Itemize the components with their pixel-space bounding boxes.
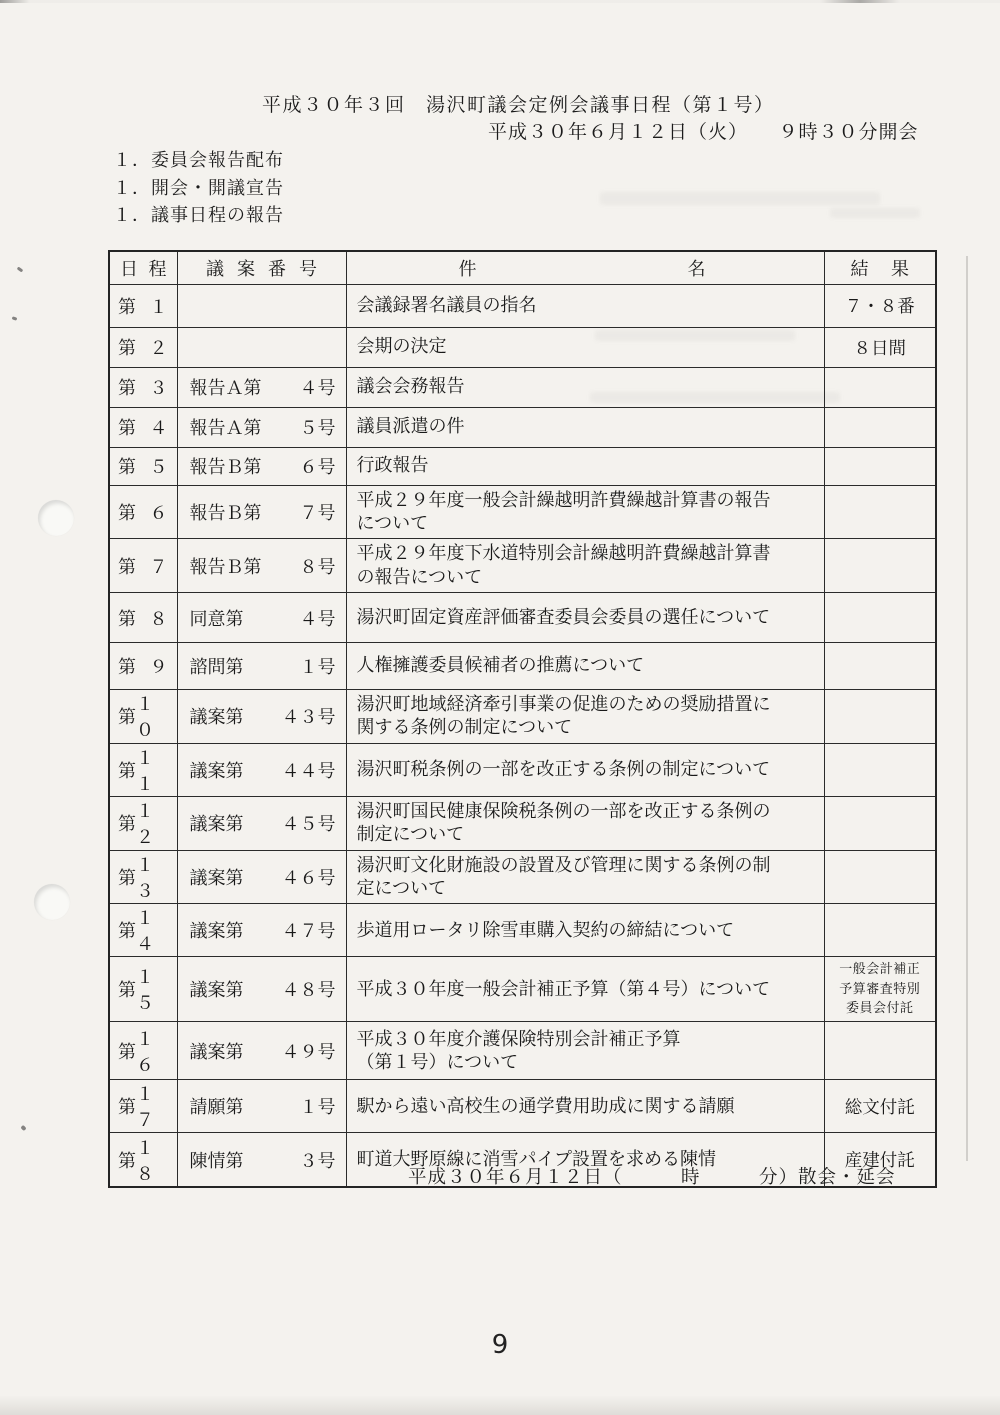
session-datetime: 平成３０年６月１２日（火） ９時３０分開会 <box>488 117 919 144</box>
subject-cell: 歩道用ロータリ除雪車購入契約の締結について <box>346 904 824 957</box>
schedule-prefix: 第 <box>118 293 136 319</box>
schedule-prefix: 第 <box>118 334 136 360</box>
schedule-header: 日程 <box>109 251 177 284</box>
bill-number: １号 <box>300 1093 336 1119</box>
scan-artifact <box>17 267 24 273</box>
punch-hole <box>34 884 70 920</box>
bill-type: 報告Ｂ第 <box>190 553 262 579</box>
schedule-cell: 第１０ <box>109 690 177 744</box>
schedule-prefix: 第 <box>118 810 136 836</box>
bill-type: 議案第 <box>190 1038 244 1064</box>
schedule-cell: 第８ <box>109 593 177 643</box>
bill-cell: 報告Ａ第５号 <box>177 407 346 447</box>
schedule-cell: 第１ <box>109 284 177 327</box>
table-row: 第３ 報告Ａ第４号 議会会務報告 <box>109 367 936 407</box>
table-header-row: 日程 議案番号 件名 結果 <box>109 251 936 284</box>
bill-type: 議案第 <box>190 757 244 783</box>
subject-cell: 会議録署名議員の指名 <box>346 284 824 327</box>
schedule-cell: 第１５ <box>109 957 177 1022</box>
result-cell <box>824 367 936 407</box>
bill-type: 報告Ｂ第 <box>190 453 262 479</box>
result-cell <box>824 904 936 957</box>
bill-number: ４３号 <box>282 703 336 729</box>
bill-cell: 議案第４８号 <box>177 957 346 1022</box>
schedule-number: ２ <box>150 334 168 360</box>
schedule-cell: 第９ <box>109 643 177 690</box>
schedule-number: ９ <box>150 653 168 679</box>
bill-number: ３号 <box>300 1147 336 1173</box>
doc-title: 平成３０年３回 湯沢町議会定例会議事日程（第１号） <box>262 90 775 117</box>
bill-cell: 議案第４９号 <box>177 1022 346 1080</box>
bill-number: ４号 <box>300 605 336 631</box>
subject-cell: 平成２９年度一般会計繰越明許費繰越計算書の報告について <box>346 485 824 539</box>
schedule-number: １６ <box>136 1025 168 1077</box>
schedule-number: ７ <box>150 553 168 579</box>
subject-cell: 人権擁護委員候補者の推薦について <box>346 643 824 690</box>
subject-header-char: 件 <box>459 255 477 281</box>
schedule-cell: 第６ <box>109 485 177 539</box>
result-cell: ７・８番 <box>824 284 936 327</box>
schedule-number: １４ <box>136 904 168 956</box>
subject-cell: 湯沢町文化財施設の設置及び管理に関する条例の制定について <box>346 850 824 904</box>
bill-type: 報告Ａ第 <box>190 414 262 440</box>
schedule-cell: 第７ <box>109 539 177 593</box>
schedule-cell: 第５ <box>109 447 177 485</box>
schedule-cell: 第１６ <box>109 1022 177 1080</box>
table-row: 第１１ 議案第４４号 湯沢町税条例の一部を改正する条例の制定について <box>109 743 936 796</box>
schedule-number: ５ <box>150 453 168 479</box>
schedule-prefix: 第 <box>118 414 136 440</box>
schedule-number: １５ <box>136 963 168 1015</box>
bill-cell: 報告Ａ第４号 <box>177 367 346 407</box>
result-header: 結果 <box>824 251 936 284</box>
subject-cell: 平成２９年度下水道特別会計繰越明許費繰越計算書の報告について <box>346 539 824 593</box>
schedule-number: １２ <box>136 797 168 849</box>
bill-type: 議案第 <box>190 917 244 943</box>
bill-cell: 報告Ｂ第８号 <box>177 539 346 593</box>
bill-type: 同意第 <box>190 605 244 631</box>
table-row: 第１０ 議案第４３号 湯沢町地域経済牽引事業の促進のための奨励措置に関する条例の… <box>109 690 936 744</box>
scanned-page: 平成３０年３回 湯沢町議会定例会議事日程（第１号） 平成３０年６月１２日（火） … <box>0 0 1000 1415</box>
schedule-prefix: 第 <box>118 864 136 890</box>
table-row: 第１３ 議案第４６号 湯沢町文化財施設の設置及び管理に関する条例の制定について <box>109 850 936 904</box>
bill-cell: 請願第１号 <box>177 1080 346 1133</box>
table-row: 第１６ 議案第４９号 平成３０年度介護保険特別会計補正予算 （第１号）について <box>109 1022 936 1080</box>
schedule-number: ４ <box>150 414 168 440</box>
table-row: 第４ 報告Ａ第５号 議員派遣の件 <box>109 407 936 447</box>
page-number: 9 <box>0 1330 1000 1360</box>
bill-cell: 議案第４５号 <box>177 796 346 850</box>
bill-type: 報告Ａ第 <box>190 374 262 400</box>
schedule-prefix: 第 <box>118 453 136 479</box>
bill-type: 議案第 <box>190 976 244 1002</box>
schedule-cell: 第１２ <box>109 796 177 850</box>
result-header-char: 果 <box>891 255 909 281</box>
schedule-number: ３ <box>150 374 168 400</box>
bill-cell: 議案第４４号 <box>177 743 346 796</box>
schedule-cell: 第１１ <box>109 743 177 796</box>
schedule-number: １３ <box>136 851 168 903</box>
bill-number: ４７号 <box>282 917 336 943</box>
result-cell: ８日間 <box>824 327 936 367</box>
bill-cell <box>177 327 346 367</box>
adjournment-note: 平成３０年６月１２日（ 時 分）散会・延会 <box>408 1163 896 1189</box>
result-cell <box>824 743 936 796</box>
subject-cell: 湯沢町国民健康保険税条例の一部を改正する条例の制定について <box>346 796 824 850</box>
bill-number: ５号 <box>300 414 336 440</box>
schedule-number: １８ <box>136 1134 168 1186</box>
bill-number: ４６号 <box>282 864 336 890</box>
schedule-header-char: 程 <box>149 255 167 281</box>
table-row: 第１５ 議案第４８号 平成３０年度一般会計補正予算（第４号）について 一般会計補… <box>109 957 936 1022</box>
bill-cell <box>177 284 346 327</box>
schedule-prefix: 第 <box>118 917 136 943</box>
schedule-header-char: 日 <box>120 255 138 281</box>
table-row: 第２ 会期の決定 ８日間 <box>109 327 936 367</box>
subject-cell: 会期の決定 <box>346 327 824 367</box>
agenda-list: １．委員会報告配布 １．開会・開議宣告 １．議事日程の報告 <box>113 147 284 230</box>
schedule-prefix: 第 <box>118 757 136 783</box>
schedule-prefix: 第 <box>118 1038 136 1064</box>
result-header-char: 結 <box>851 255 869 281</box>
subject-cell: 議員派遣の件 <box>346 407 824 447</box>
bill-type: 議案第 <box>190 810 244 836</box>
bill-cell: 諮問第１号 <box>177 643 346 690</box>
bill-number: ８号 <box>300 553 336 579</box>
bill-number-header: 議案番号 <box>177 251 346 284</box>
subject-cell: 行政報告 <box>346 447 824 485</box>
result-cell <box>824 447 936 485</box>
schedule-cell: 第１４ <box>109 904 177 957</box>
punch-hole <box>38 500 74 536</box>
result-cell: 一般会計補正 予算審査特別 委員会付託 <box>824 957 936 1022</box>
subject-header-char: 名 <box>688 255 706 281</box>
schedule-cell: 第２ <box>109 327 177 367</box>
scan-artifact <box>20 1125 26 1131</box>
scan-artifact <box>12 316 18 321</box>
result-cell <box>824 850 936 904</box>
bill-type: 諮問第 <box>190 653 244 679</box>
bill-cell: 議案第４６号 <box>177 850 346 904</box>
bill-number: ４５号 <box>282 810 336 836</box>
schedule-prefix: 第 <box>118 653 136 679</box>
bill-type: 請願第 <box>190 1093 244 1119</box>
agenda-item: １．議事日程の報告 <box>113 202 284 230</box>
bill-number: ４９号 <box>282 1038 336 1064</box>
schedule-cell: 第４ <box>109 407 177 447</box>
scan-artifact <box>600 192 880 205</box>
bill-cell: 報告Ｂ第６号 <box>177 447 346 485</box>
schedule-cell: 第１７ <box>109 1080 177 1133</box>
subject-cell: 湯沢町固定資産評価審査委員会委員の選任について <box>346 593 824 643</box>
schedule-cell: 第１８ <box>109 1133 177 1187</box>
result-cell: 総文付託 <box>824 1080 936 1133</box>
result-cell <box>824 643 936 690</box>
table-row: 第１４ 議案第４７号 歩道用ロータリ除雪車購入契約の締結について <box>109 904 936 957</box>
subject-cell: 議会会務報告 <box>346 367 824 407</box>
result-cell <box>824 1022 936 1080</box>
schedule-prefix: 第 <box>118 605 136 631</box>
table-row: 第１７ 請願第１号 駅から遠い高校生の通学費用助成に関する請願 総文付託 <box>109 1080 936 1133</box>
schedule-cell: 第１３ <box>109 850 177 904</box>
table-row: 第１２ 議案第４５号 湯沢町国民健康保険税条例の一部を改正する条例の制定について <box>109 796 936 850</box>
result-cell <box>824 407 936 447</box>
schedule-number: １ <box>150 293 168 319</box>
subject-cell: 駅から遠い高校生の通学費用助成に関する請願 <box>346 1080 824 1133</box>
schedule-table: 日程 議案番号 件名 結果 第１ 会議録署名議員の指名 ７・８番 第２ 会期の決… <box>108 250 937 1188</box>
bill-number: ４４号 <box>282 757 336 783</box>
table-row: 第６ 報告Ｂ第７号 平成２９年度一般会計繰越明許費繰越計算書の報告について <box>109 485 936 539</box>
scan-edge-artifact <box>0 0 1000 3</box>
subject-cell: 湯沢町税条例の一部を改正する条例の制定について <box>346 743 824 796</box>
scan-edge-artifact <box>0 1395 1000 1415</box>
bill-cell: 議案第４３号 <box>177 690 346 744</box>
bill-cell: 報告Ｂ第７号 <box>177 485 346 539</box>
schedule-prefix: 第 <box>118 374 136 400</box>
schedule-number: ６ <box>150 499 168 525</box>
table-row: 第５ 報告Ｂ第６号 行政報告 <box>109 447 936 485</box>
result-cell <box>824 796 936 850</box>
table-row: 第９ 諮問第１号 人権擁護委員候補者の推薦について <box>109 643 936 690</box>
schedule-prefix: 第 <box>118 499 136 525</box>
bill-type: 議案第 <box>190 864 244 890</box>
schedule-prefix: 第 <box>118 1093 136 1119</box>
schedule-prefix: 第 <box>118 553 136 579</box>
result-cell <box>824 690 936 744</box>
bill-type: 議案第 <box>190 703 244 729</box>
subject-cell: 湯沢町地域経済牽引事業の促進のための奨励措置に関する条例の制定について <box>346 690 824 744</box>
schedule-cell: 第３ <box>109 367 177 407</box>
schedule-prefix: 第 <box>118 976 136 1002</box>
bill-type: 報告Ｂ第 <box>190 499 262 525</box>
result-cell <box>824 593 936 643</box>
subject-cell: 平成３０年度一般会計補正予算（第４号）について <box>346 957 824 1022</box>
schedule-number: １７ <box>136 1080 168 1132</box>
schedule-prefix: 第 <box>118 703 136 729</box>
table-row: 第８ 同意第４号 湯沢町固定資産評価審査委員会委員の選任について <box>109 593 936 643</box>
bill-cell: 陳情第３号 <box>177 1133 346 1187</box>
bleed-through-line <box>966 256 968 1161</box>
bill-number: ４８号 <box>282 976 336 1002</box>
bill-cell: 議案第４７号 <box>177 904 346 957</box>
schedule-number: １０ <box>136 690 168 742</box>
table-row: 第７ 報告Ｂ第８号 平成２９年度下水道特別会計繰越明許費繰越計算書の報告について <box>109 539 936 593</box>
table-row: 第１ 会議録署名議員の指名 ７・８番 <box>109 284 936 327</box>
bill-number: ７号 <box>300 499 336 525</box>
subject-header: 件名 <box>346 251 824 284</box>
schedule-number: １１ <box>136 744 168 796</box>
bill-number: ６号 <box>300 453 336 479</box>
bill-number-header-label: 議案番号 <box>193 259 330 280</box>
agenda-item: １．開会・開議宣告 <box>113 175 284 203</box>
result-cell <box>824 539 936 593</box>
schedule-number: ８ <box>150 605 168 631</box>
schedule-prefix: 第 <box>118 1147 136 1173</box>
subject-cell: 平成３０年度介護保険特別会計補正予算 （第１号）について <box>346 1022 824 1080</box>
result-cell <box>824 485 936 539</box>
bill-type: 陳情第 <box>190 1147 244 1173</box>
scan-artifact <box>830 208 920 218</box>
agenda-item: １．委員会報告配布 <box>113 147 284 175</box>
bill-cell: 同意第４号 <box>177 593 346 643</box>
bill-number: ４号 <box>300 374 336 400</box>
bill-number: １号 <box>300 653 336 679</box>
